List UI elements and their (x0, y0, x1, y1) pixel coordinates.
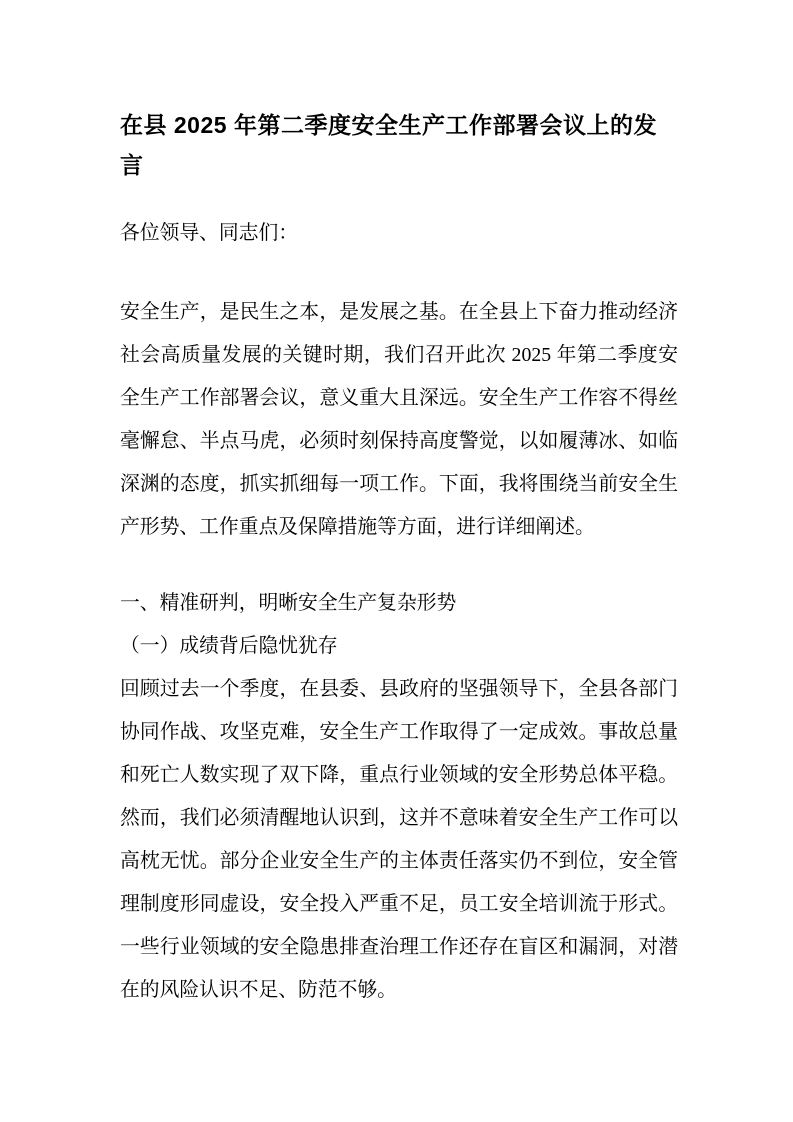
paragraph: 回顾过去一个季度，在县委、县政府的坚强领导下，全县各部门协同作战、攻坚克难，安全… (120, 668, 678, 1012)
text-line: 深渊的态度，抓实抓细每一项工作。下面，我将围绕当前安全生 (120, 463, 678, 506)
text-line: 全生产工作部署会议，意义重大且深远。安全生产工作容不得丝 (120, 377, 678, 420)
document-viewport: { "page": { "background_color": "#ffffff… (0, 0, 793, 1122)
text-line: 理制度形同虚设，安全投入严重不足，员工安全培训流于形式。 (120, 883, 678, 926)
text-line: 产形势、工作重点及保障措施等方面，进行详细阐述。 (120, 506, 678, 549)
text-line: 社会高质量发展的关键时期，我们召开此次 2025 年第二季度安 (120, 334, 678, 377)
text-line: 在的风险认识不足、防范不够。 (120, 969, 678, 1012)
text-line: 一、精准研判，明晰安全生产复杂形势 (120, 582, 678, 625)
text-line: 一些行业领域的安全隐患排查治理工作还存在盲区和漏洞，对潜 (120, 926, 678, 969)
paragraph: 安全生产，是民生之本，是发展之基。在全县上下奋力推动经济社会高质量发展的关键时期… (120, 291, 678, 549)
document-content: 在县 2025 年第二季度安全生产工作部署会议上的发言各位领导、同志们：安全生产… (120, 105, 678, 1012)
salutation: 各位领导、同志们： (120, 212, 678, 255)
text-line: 各位领导、同志们： (120, 212, 678, 255)
text-line: （一）成绩背后隐忧犹存 (120, 625, 678, 668)
text-line: 然而，我们必须清醒地认识到，这并不意味着安全生产工作可以 (120, 797, 678, 840)
subsection-heading: （一）成绩背后隐忧犹存 (120, 625, 678, 668)
section-heading: 一、精准研判，明晰安全生产复杂形势 (120, 582, 678, 625)
text-line: 安全生产，是民生之本，是发展之基。在全县上下奋力推动经济 (120, 291, 678, 334)
document-title: 在县 2025 年第二季度安全生产工作部署会议上的发言 (120, 105, 678, 185)
text-line: 毫懈怠、半点马虎，必须时刻保持高度警觉，以如履薄冰、如临 (120, 420, 678, 463)
text-line: 高枕无忧。部分企业安全生产的主体责任落实仍不到位，安全管 (120, 840, 678, 883)
text-line: 和死亡人数实现了双下降，重点行业领域的安全形势总体平稳。 (120, 754, 678, 797)
text-line: 回顾过去一个季度，在县委、县政府的坚强领导下，全县各部门 (120, 668, 678, 711)
document-page: 在县 2025 年第二季度安全生产工作部署会议上的发言各位领导、同志们：安全生产… (0, 0, 793, 1122)
text-line: 协同作战、攻坚克难，安全生产工作取得了一定成效。事故总量 (120, 711, 678, 754)
text-line: 在县 2025 年第二季度安全生产工作部署会议上的发言 (120, 105, 678, 185)
